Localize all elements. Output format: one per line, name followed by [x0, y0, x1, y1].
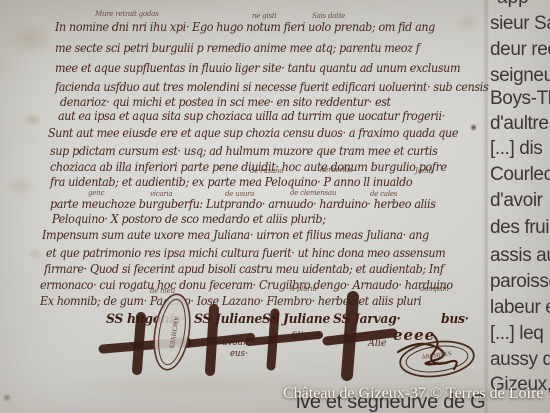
manuscript-line: me secte sci petri burgulii p remedio an… — [55, 41, 420, 55]
manuscript-gloss: de cales — [370, 189, 397, 198]
panel-text-line: seigneu — [490, 65, 550, 87]
signature-crosses — [103, 297, 393, 375]
panel-text-line: Boys-Th — [490, 88, 550, 110]
manuscript-line: et que patrimonio res ipsa michi cultura… — [46, 246, 445, 260]
museum-display-photo: In nomine dni nri ihu xpi· Ego hugo notu… — [0, 0, 550, 413]
panel-text-line: paroisse — [490, 271, 550, 293]
signature-label: SS Juliane — [262, 312, 330, 327]
parchment-stain — [6, 175, 34, 197]
manuscript-gloss: X pluria — [290, 284, 316, 293]
manuscript-line: Impensum sum aute uxore mea Juliana· uir… — [42, 228, 429, 242]
manuscript-gloss: de ruzano — [250, 166, 283, 175]
cross-note-filie: filie ei· — [291, 331, 324, 342]
cross-note-uxoris: uvour — [222, 338, 247, 348]
signature-label: SS hugonis· — [106, 312, 184, 327]
panel-text-line: labeur e — [490, 297, 550, 319]
manuscript-gloss: Mure retrait godas — [95, 9, 159, 18]
manuscript-gloss: genc — [88, 188, 104, 197]
manuscript-line: choziaca ab illa inferiori parte pene di… — [50, 160, 447, 174]
archive-stamp-horizontal: ARCHIVES de Maine — [398, 338, 476, 381]
panel-text-line: Courleo — [490, 164, 550, 186]
parchment-stain — [452, 12, 482, 34]
manuscript-line: facienda usfduo aut tres molendini si ne… — [55, 80, 488, 94]
svg-text:ARCHIVES: ARCHIVES — [421, 351, 452, 361]
signature-cross — [103, 342, 187, 349]
manuscript-line: Ex homnib; de gum· Pagerio· Iose Lazano·… — [40, 294, 421, 308]
manuscript-gloss: vicaria — [150, 189, 172, 198]
panel-text-line: d'aultre — [490, 113, 549, 135]
pen-swash — [398, 344, 457, 369]
photo-caption: Château de Gizeux-37 © Terres de Loire — [283, 385, 543, 403]
manuscript-line: denarioz· qui michi et postea in sci mee… — [60, 95, 391, 109]
manuscript-gloss: ne gisti — [252, 11, 276, 20]
signature-cross — [347, 297, 353, 375]
manuscript-line: parte meuchoze burguberfu: Lutprando· ar… — [50, 197, 436, 211]
parchment-stain — [8, 22, 54, 56]
manuscript-line: fra uidentab; et audientib; ex parte mea… — [50, 175, 412, 189]
manuscript-line: sup pdictam cursum est· usq; ad hulmum m… — [50, 144, 437, 158]
manuscript-gloss: Jumb — [415, 166, 433, 175]
parchment-stain — [60, 372, 320, 398]
panel-text-line: [...] leq — [490, 323, 543, 345]
manuscript-gloss: dompsin — [420, 284, 449, 293]
cross-note-alie: Alie — [368, 338, 387, 349]
manuscript-line: aut ea ipsa et aqua sita sup choziaca ui… — [58, 109, 445, 123]
signature-label: SS Jarvag· — [333, 312, 400, 327]
manuscript-line: mee et aque supfluentas in fluuio liger … — [55, 61, 460, 75]
svg-text:de Maine: de Maine — [427, 360, 449, 369]
parchment-stain — [22, 112, 42, 127]
panel-text-partial-top: app — [497, 0, 529, 9]
cross-note-uxoris2: eus· — [230, 349, 248, 359]
line-wrap-bus: bus· — [441, 312, 469, 327]
manuscript-line: firmare· Quod si fecerint apud bisoli ca… — [44, 262, 444, 276]
panel-text-line: d'avoir — [490, 190, 543, 212]
manuscript-gloss: de clemensau — [290, 188, 336, 197]
panel-edge-shadow — [483, 0, 489, 413]
flourish-eeee: eeee — [393, 326, 435, 344]
parchment-stain — [28, 248, 43, 260]
panel-text-line: [...] dis — [490, 138, 542, 160]
parchment-speck — [2, 393, 12, 402]
manuscript-line: In nomine dni nri ihu xpi· Ego hugo notu… — [55, 20, 435, 34]
manuscript-gloss: Sais datte — [312, 11, 345, 20]
signature-label: SS Juliane· — [194, 312, 266, 327]
panel-text-line: des frui — [490, 217, 549, 239]
manuscript-gloss: herberlus — [320, 165, 352, 174]
manuscript-gloss: de usura — [225, 189, 254, 198]
manuscript-line: Peloquino· X postoro de sco medardo et a… — [52, 212, 326, 226]
panel-text-line: deur rec — [490, 39, 550, 61]
manuscript-gloss: de meu — [150, 286, 175, 295]
panel-text-line: assis au — [490, 245, 550, 267]
manuscript-line: Sunt aut mee eiusde ere et aque sup choz… — [48, 126, 458, 140]
panel-text-line: aussy d — [490, 349, 550, 371]
manuscript-line: ermonaco· cui rogatu hoc donu feceram· C… — [40, 278, 453, 292]
ink-blot — [470, 124, 477, 131]
panel-text-line: sieur Sa — [490, 13, 550, 35]
